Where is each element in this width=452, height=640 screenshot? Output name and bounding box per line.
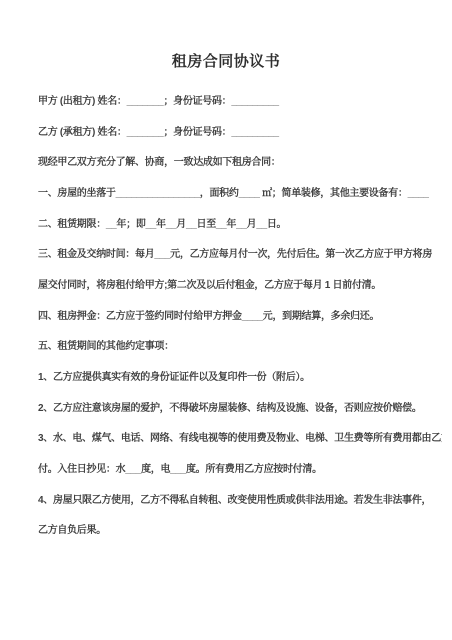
- contract-line-item-1: 1、乙方应提供真实有效的身份证证件以及复印件一份（附后）。: [38, 360, 442, 391]
- contract-line-clause-1: 一、房屋的坐落于________________，面积约____ ㎡；简单装修，…: [38, 176, 442, 207]
- contract-line-clause-4: 四、租房押金：乙方应于签约同时付给甲方押金____元，到期结算，多余归还。: [38, 299, 442, 330]
- contract-line-item-3a: 3、水、电、煤气、电话、网络、有线电视等的使用费及物业、电梯、卫生费等所有费用都…: [38, 422, 442, 453]
- contract-body: 甲方 (出租方) 姓名：_______；身份证号码：_________ 乙方 (…: [38, 84, 442, 544]
- contract-line-item-3b: 付。入住日抄见：水___度，电___度。所有费用乙方应按时付清。: [38, 452, 442, 483]
- contract-line-party-a: 甲方 (出租方) 姓名：_______；身份证号码：_________: [38, 84, 442, 115]
- contract-document-page: 租房合同协议书 甲方 (出租方) 姓名：_______；身份证号码：______…: [0, 0, 452, 640]
- contract-line-preamble: 现经甲乙双方充分了解、协商，一致达成如下租房合同：: [38, 145, 442, 176]
- contract-line-item-4b: 乙方自负后果。: [38, 514, 442, 545]
- contract-line-clause-3b: 屋交付同时，将房租付给甲方;第二次及以后付租金，乙方应于每月 1 日前付清。: [38, 268, 442, 299]
- contract-line-clause-2: 二、租赁期限：__年；即__年__月__日至__年__月__日。: [38, 207, 442, 238]
- document-title: 租房合同协议书: [0, 50, 452, 71]
- contract-line-clause-5: 五、租赁期间的其他约定事项：: [38, 330, 442, 361]
- contract-line-party-b: 乙方 (承租方) 姓名：_______；身份证号码：_________: [38, 115, 442, 146]
- contract-line-item-2: 2、乙方应注意该房屋的爱护，不得破坏房屋装修、结构及设施、设备，否则应按价赔偿。: [38, 391, 442, 422]
- contract-line-clause-3a: 三、租金及交纳时间：每月___元，乙方应每月付一次，先付后住。第一次乙方应于甲方…: [38, 237, 442, 268]
- contract-line-item-4a: 4、房屋只限乙方使用，乙方不得私自转租、改变使用性质或供非法用途。若发生非法事件…: [38, 483, 442, 514]
